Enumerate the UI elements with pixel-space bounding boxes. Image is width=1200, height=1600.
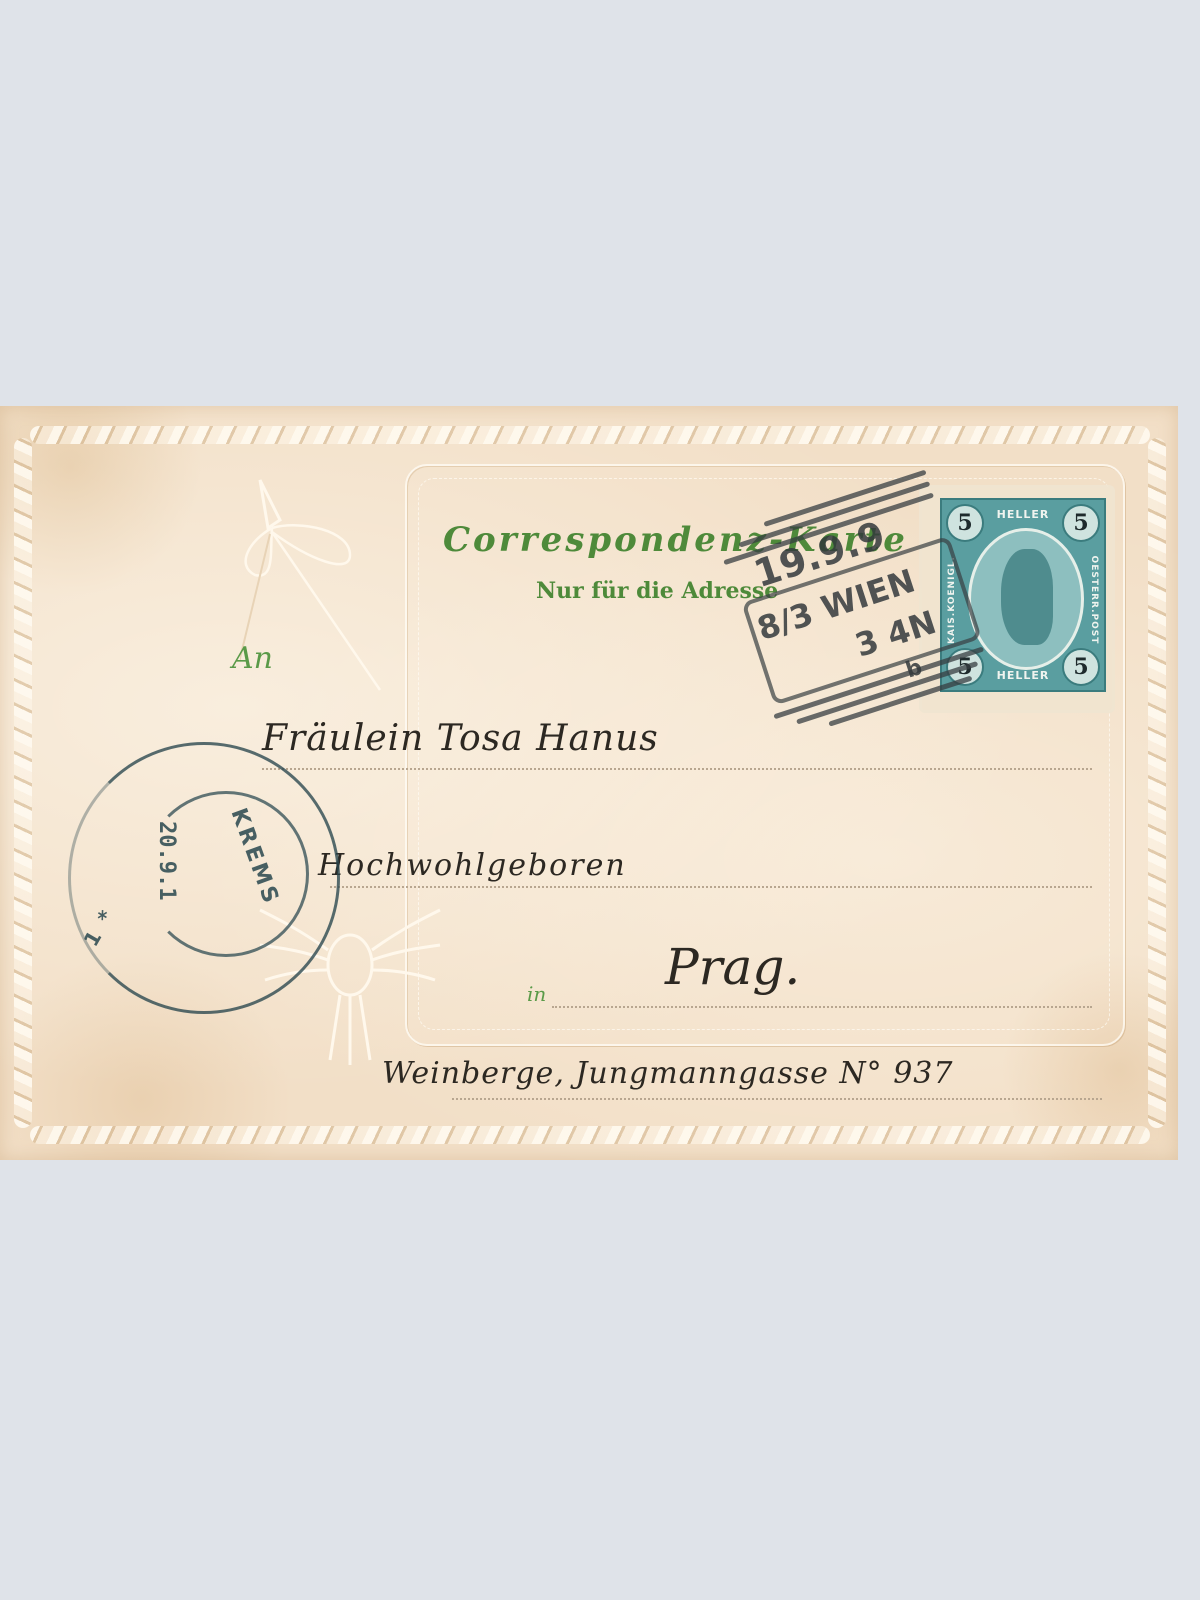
krems-cancel-date: 20.9.1 [154,821,179,900]
label-to: An [232,641,273,676]
address-line-1-rule [262,768,1092,770]
rope-border-bottom [30,1126,1150,1144]
stamp-denomination-top: HELLER [982,508,1064,521]
handwritten-street: Weinberge, Jungmanngasse N° 937 [382,1056,953,1091]
wien-cancel-letter: b [903,655,926,684]
stamp-corner-value: 5 [1062,648,1100,686]
stamp-side-right: OESTERR.POST [1089,540,1099,660]
label-in: in [527,982,546,1006]
rope-border-top [30,426,1150,444]
address-line-2-rule [330,886,1092,888]
stamp-corner-value: 5 [1062,504,1100,542]
rope-border-right [1148,438,1166,1128]
handwritten-city: Prag. [665,938,800,996]
krems-postmark: KREMS 1 * 20.9.1 [68,742,340,1014]
handwritten-honorific: Hochwohlgeboren [318,848,627,883]
krems-ring-text-left: 1 * [79,904,120,951]
address-line-4-rule [452,1098,1102,1100]
address-line-3-rule [552,1006,1092,1008]
handwritten-recipient: Fräulein Tosa Hanus [262,718,659,759]
rope-border-left [14,438,32,1128]
